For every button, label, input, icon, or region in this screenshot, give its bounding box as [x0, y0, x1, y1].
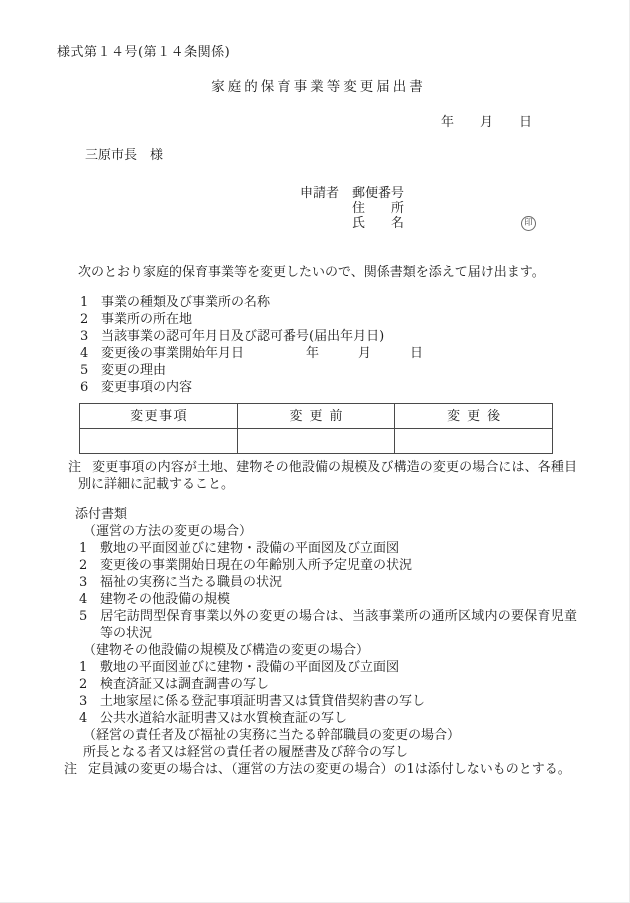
- attachment-item: 3土地家屋に係る登記事項証明書又は賃貸借契約書の写し: [79, 693, 577, 710]
- list-item: 6変更事項の内容: [80, 379, 577, 396]
- attachment-item: 1敷地の平面図並びに建物・設備の平面図及び立面図: [79, 540, 577, 557]
- list-item: 3当該事業の認可年月日及び認可番号(届出年月日): [80, 328, 577, 345]
- item-text: 当該事業の認可年月日及び認可番号(届出年月日): [101, 329, 384, 344]
- attachments-heading: 添付書類: [75, 506, 577, 523]
- addressee: 三原市長 様: [85, 147, 577, 164]
- item-text: 敷地の平面図並びに建物・設備の平面図及び立面図: [100, 541, 399, 556]
- item-text: 変更の理由: [101, 363, 166, 378]
- item-text: 建物その他設備の規模: [100, 592, 230, 607]
- date-line: 年 月 日: [57, 114, 577, 131]
- item-number: 2: [80, 311, 101, 328]
- item-text: 公共水道給水証明書又は水質検査証の写し: [100, 711, 347, 726]
- applicant-name-row: 氏 名 印: [300, 216, 536, 231]
- item-text: 変更後の事業開始日現在の年齢別入所予定児童の状況: [100, 558, 412, 573]
- applicant-block: 申請者 郵便番号 住 所 氏 名 印: [300, 186, 536, 231]
- table-header-after: 変更後: [395, 404, 553, 429]
- list-item: 2事業所の所在地: [80, 311, 577, 328]
- item-number: 3: [79, 693, 100, 710]
- applicant-postal-row: 申請者 郵便番号: [300, 186, 536, 201]
- attachment-item: 1敷地の平面図並びに建物・設備の平面図及び立面図: [79, 659, 577, 676]
- applicant-label: 申請者: [300, 186, 352, 201]
- attachments-section: 添付書類 （運営の方法の変更の場合） 1敷地の平面図並びに建物・設備の平面図及び…: [75, 506, 577, 778]
- change-table: 変更事項 変更前 変更後: [79, 403, 553, 454]
- item-number: 1: [79, 659, 100, 676]
- item-text: 敷地の平面図並びに建物・設備の平面図及び立面図: [100, 660, 399, 675]
- item-text: 検査済証又は調査調書の写し: [100, 677, 269, 692]
- item-text: 事業所の所在地: [101, 312, 192, 327]
- item-text: 変更事項の内容: [101, 380, 192, 395]
- item-text: 土地家屋に係る登記事項証明書又は賃貸借契約書の写し: [100, 694, 425, 709]
- main-list: 1事業の種類及び事業所の名称 2事業所の所在地 3当該事業の認可年月日及び認可番…: [80, 294, 577, 396]
- table-header-before: 変更前: [237, 404, 395, 429]
- note-label: 注: [64, 762, 77, 777]
- attachment-condition: （建物その他設備の規模及び構造の変更の場合）: [83, 642, 577, 659]
- note-label: 注: [68, 460, 81, 475]
- table-empty-row: [80, 429, 553, 454]
- attachment-item: 3福祉の実務に当たる職員の状況: [79, 574, 577, 591]
- item-number: 1: [80, 294, 101, 311]
- note-text: 変更事項の内容が土地、建物その他設備の規模及び構造の変更の場合には、各種目別に詳…: [78, 460, 577, 492]
- item-number: 4: [79, 710, 100, 727]
- table-empty-cell: [395, 429, 553, 454]
- item-number: 4: [79, 591, 100, 608]
- address-label: 住 所: [352, 201, 404, 216]
- attachments-note: 注定員減の変更の場合は、（運営の方法の変更の場合）の1は添付しないものとする。: [64, 761, 577, 778]
- item-text: 変更後の事業開始年月日: [101, 346, 244, 361]
- item-number: 1: [79, 540, 100, 557]
- item-text: 福祉の実務に当たる職員の状況: [100, 575, 282, 590]
- attachment-item: 2検査済証又は調査調書の写し: [79, 676, 577, 693]
- attachment-condition: （運営の方法の変更の場合）: [83, 523, 577, 540]
- form-document-page: 様式第１４号(第１４条関係) 家庭的保育事業等変更届出書 年 月 日 三原市長 …: [0, 0, 630, 903]
- item-number: 6: [80, 379, 101, 396]
- list-item: 5変更の理由: [80, 362, 577, 379]
- table-note: 注変更事項の内容が土地、建物その他設備の規模及び構造の変更の場合には、各種目別に…: [68, 459, 577, 493]
- table-header-item: 変更事項: [80, 404, 238, 429]
- postal-label: 郵便番号: [352, 186, 404, 201]
- attachment-item: 4建物その他設備の規模: [79, 591, 577, 608]
- form-number: 様式第１４号(第１４条関係): [57, 44, 577, 61]
- seal-icon: 印: [521, 216, 536, 231]
- attachment-condition: （経営の責任者及び福祉の実務に当たる幹部職員の変更の場合）: [83, 727, 577, 744]
- attachment-item: 2変更後の事業開始日現在の年齢別入所予定児童の状況: [79, 557, 577, 574]
- item-text: 事業の種類及び事業所の名称: [101, 295, 270, 310]
- applicant-address-row: 住 所: [300, 201, 536, 216]
- item-text: 居宅訪問型保育事業以外の変更の場合は、当該事業所の通所区域内の要保育児童等の状況: [100, 609, 577, 641]
- item-number: 5: [79, 608, 100, 625]
- table-header-row: 変更事項 変更前 変更後: [80, 404, 553, 429]
- note-text: 定員減の変更の場合は、（運営の方法の変更の場合）の1は添付しないものとする。: [88, 762, 571, 777]
- item-number: 2: [79, 557, 100, 574]
- item-date: 年 月 日: [306, 346, 423, 361]
- item-number: 4: [80, 345, 101, 362]
- item-number: 5: [80, 362, 101, 379]
- list-item: 1事業の種類及び事業所の名称: [80, 294, 577, 311]
- list-item: 4変更後の事業開始年月日年 月 日: [80, 345, 577, 362]
- attachment-item: 5居宅訪問型保育事業以外の変更の場合は、当該事業所の通所区域内の要保育児童等の状…: [79, 608, 577, 642]
- table-empty-cell: [237, 429, 395, 454]
- form-title: 家庭的保育事業等変更届出書: [57, 79, 577, 96]
- intro-text: 次のとおり家庭的保育事業等を変更したいので、関係書類を添えて届け出ます。: [57, 264, 577, 281]
- attachment-item: 4公共水道給水証明書又は水質検査証の写し: [79, 710, 577, 727]
- name-label: 氏 名: [352, 216, 404, 231]
- table-empty-cell: [80, 429, 238, 454]
- item-number: 3: [79, 574, 100, 591]
- item-number: 2: [79, 676, 100, 693]
- attachment-plain-item: 所長となる者又は経営の責任者の履歴書及び辞令の写し: [83, 744, 577, 761]
- item-number: 3: [80, 328, 101, 345]
